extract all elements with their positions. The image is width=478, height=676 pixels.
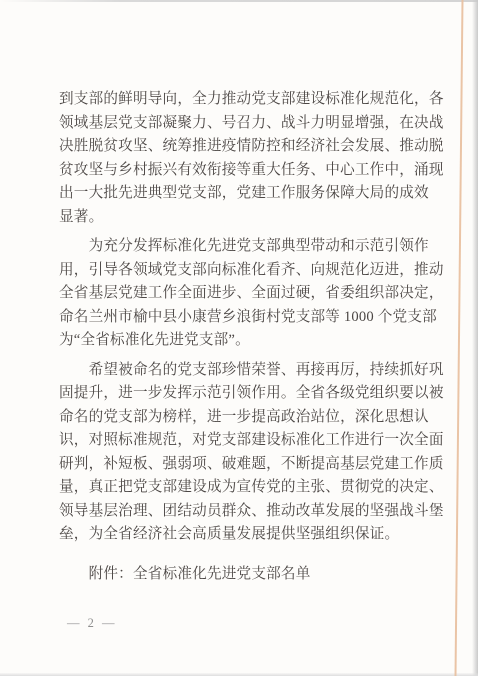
- text-line: 研判，补短板、强弱项、破难题，不断提高基层党建工作质: [59, 453, 431, 477]
- text-line: 出一大批先进典型党支部，党建工作服务保障大局的成效: [59, 182, 431, 206]
- attachment-note: 附件：全省标准化先进党支部名单: [59, 563, 431, 587]
- text-line: 领域基层党支部凝聚力、号召力、战斗力明显增强，在决战: [59, 112, 431, 136]
- document-body: 到支部的鲜明导向，全力推动党支部建设标准化规范化，各 领域基层党支部凝聚力、号召…: [59, 88, 431, 636]
- text-line: 用，引导各领域党支部向标准化看齐、向规范化迈进，推动: [59, 259, 431, 283]
- text-line: 到支部的鲜明导向，全力推动党支部建设标准化规范化，各: [59, 88, 431, 112]
- text-line: 识，对照标准规范，对党支部建设标准化工作进行一次全面: [59, 429, 431, 453]
- text-line: 决胜脱贫攻坚、统筹推进疫情防控和经济社会发展、推动脱: [59, 135, 431, 159]
- text-line: 领导基层治理、团结动员群众、推动改革发展的坚强战斗堡: [59, 500, 431, 524]
- text-line: 为充分发挥标准化先进党支部典型带动和示范引领作: [59, 235, 431, 259]
- text-line: 希望被命名的党支部珍惜荣誉、再接再厉，持续抓好巩: [59, 359, 431, 383]
- text-line: 命名兰州市榆中县小康营乡浪街村党支部等 1000 个党支部: [59, 306, 431, 330]
- text-line: 全省基层党建工作全面进步、全面过硬，省委组织部决定，: [59, 282, 431, 306]
- text-line: 量，真正把党支部建设成为宣传党的主张、贯彻党的决定、: [59, 476, 431, 500]
- text-line: 固提升，进一步发挥示范引领作用。全省各级党组织要以被: [59, 382, 431, 406]
- text-line: 显著。: [59, 206, 431, 230]
- paragraph-3: 希望被命名的党支部珍惜荣誉、再接再厉，持续抓好巩 固提升，进一步发挥示范引领作用…: [59, 359, 431, 547]
- text-line: 贫攻坚与乡村振兴有效衔接等重大任务、中心工作中，涌现: [59, 159, 431, 183]
- text-line: 为“全省标准化先进党支部”。: [59, 329, 431, 353]
- scan-right-edge: [472, 0, 478, 676]
- text-line: 垒，为全省经济社会高质量发展提供坚强组织保证。: [59, 523, 431, 547]
- scan-top-edge: [0, 0, 478, 2]
- paragraph-2: 为充分发挥标准化先进党支部典型带动和示范引领作 用，引导各领域党支部向标准化看齐…: [59, 235, 431, 353]
- paragraph-1: 到支部的鲜明导向，全力推动党支部建设标准化规范化，各 领域基层党支部凝聚力、号召…: [59, 88, 431, 229]
- text-line: 命名的党支部为榜样，进一步提高政治站位，深化思想认: [59, 406, 431, 430]
- page-number: — 2 —: [67, 612, 431, 636]
- scanned-page: 到支部的鲜明导向，全力推动党支部建设标准化规范化，各 领域基层党支部凝聚力、号召…: [0, 0, 478, 676]
